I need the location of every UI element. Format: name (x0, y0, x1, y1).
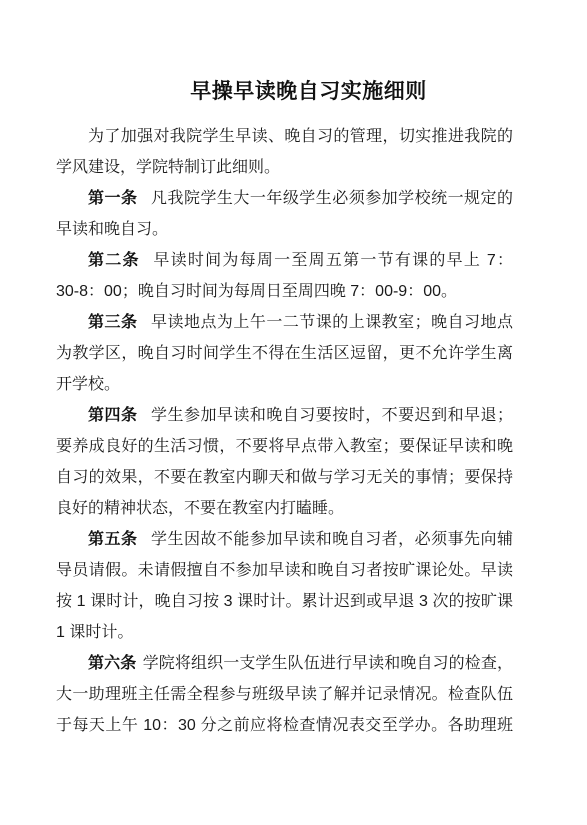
paragraph: 第二条早读时间为每周一至周五第一节有课的早上 7：30-8：00；晚自习时间为每… (56, 245, 513, 307)
paragraph: 第四条学生参加早读和晚自习要按时，不要迟到和早退；要养成良好的生活习惯，不要将早… (56, 400, 513, 524)
text-line: 第三条早读地点为上午一二节课的上课教室；晚自习地点 (56, 307, 513, 338)
clause-term: 第四条 (88, 407, 137, 424)
text-line: 1 课时计。 (56, 617, 513, 648)
clause-term: 第一条 (88, 190, 137, 207)
text-line: 第二条早读时间为每周一至周五第一节有课的早上 7： (56, 245, 513, 276)
text-line: 导员请假。未请假擅自不参加早读和晚自习者按旷课论处。早读 (56, 555, 513, 586)
text-line: 自习的效果，不要在教室内聊天和做与学习无关的事情；要保持 (56, 462, 513, 493)
text-line: 开学校。 (56, 369, 513, 400)
text-line: 30-8：00；晚自习时间为每周日至周四晚 7：00-9：00。 (56, 276, 513, 307)
clause-term: 第二条 (88, 252, 140, 269)
text-line: 第六条学院将组织一支学生队伍进行早读和晚自习的检查， (56, 648, 513, 679)
text-line: 大一助理班主任需全程参与班级早读了解并记录情况。检查队伍 (56, 679, 513, 710)
text-line: 为教学区，晚自习时间学生不得在生活区逗留，更不允许学生离 (56, 338, 513, 369)
paragraph: 第五条学生因故不能参加早读和晚自习者，必须事先向辅导员请假。未请假擅自不参加早读… (56, 524, 513, 648)
text-line: 良好的精神状态，不要在教室内打瞌睡。 (56, 493, 513, 524)
text-line: 第五条学生因故不能参加早读和晚自习者，必须事先向辅 (56, 524, 513, 555)
text-line: 于每天上午 10：30 分之前应将检查情况表交至学办。各助理班 (56, 710, 513, 741)
clause-term: 第六条 (88, 655, 136, 672)
clause-term: 第三条 (88, 314, 137, 331)
text-line: 第四条学生参加早读和晚自习要按时，不要迟到和早退； (56, 400, 513, 431)
text-line: 按 1 课时计，晚自习按 3 课时计。累计迟到或早退 3 次的按旷课 (56, 586, 513, 617)
paragraph: 第六条学院将组织一支学生队伍进行早读和晚自习的检查，大一助理班主任需全程参与班级… (56, 648, 513, 741)
paragraph: 第三条早读地点为上午一二节课的上课教室；晚自习地点为教学区，晚自习时间学生不得在… (56, 307, 513, 400)
text-line: 要养成良好的生活习惯，不要将早点带入教室；要保证早读和晚 (56, 431, 513, 462)
document-title: 早操早读晚自习实施细则 (56, 80, 513, 104)
clause-term: 第五条 (88, 531, 137, 548)
document-page: 早操早读晚自习实施细则 为了加强对我院学生早读、晚自习的管理，切实推进我院的学风… (0, 0, 587, 825)
text-line: 第一条凡我院学生大一年级学生必须参加学校统一规定的 (56, 183, 513, 214)
text-line: 为了加强对我院学生早读、晚自习的管理，切实推进我院的 (56, 121, 513, 152)
paragraph: 第一条凡我院学生大一年级学生必须参加学校统一规定的早读和晚自习。 (56, 183, 513, 245)
document-body: 为了加强对我院学生早读、晚自习的管理，切实推进我院的学风建设，学院特制订此细则。… (56, 121, 513, 741)
paragraph: 为了加强对我院学生早读、晚自习的管理，切实推进我院的学风建设，学院特制订此细则。 (56, 121, 513, 183)
text-line: 学风建设，学院特制订此细则。 (56, 152, 513, 183)
text-line: 早读和晚自习。 (56, 214, 513, 245)
